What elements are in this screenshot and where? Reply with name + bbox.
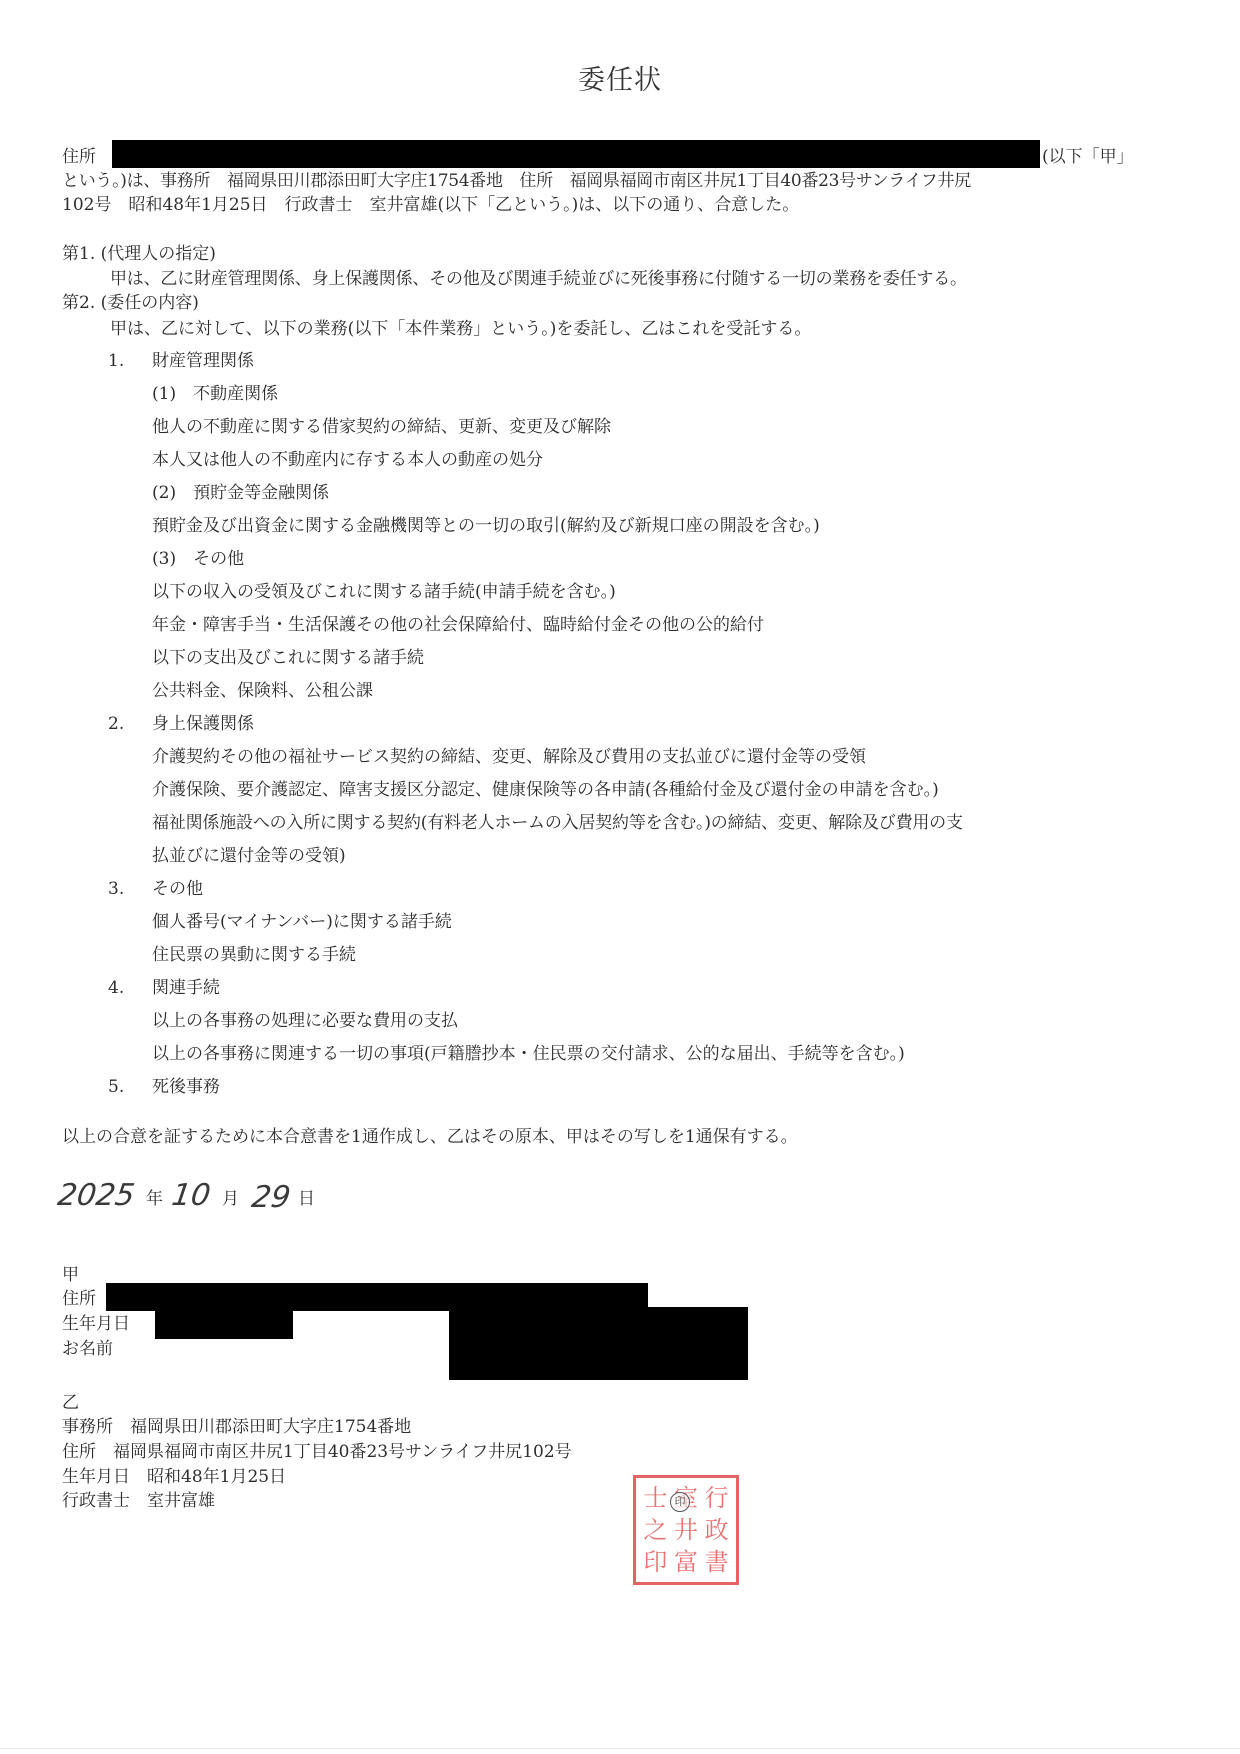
redacted-party-a-name xyxy=(449,1307,748,1380)
section-3-item: 個人番号(マイナンバー)に関する諸手続 xyxy=(152,911,452,933)
date-month: 10 xyxy=(170,1178,213,1213)
section-4-title: 関連手続 xyxy=(152,977,220,999)
party-a-label: 甲 xyxy=(62,1264,79,1286)
intro-line-2: という。)は、事務所 福岡県田川郡添田町大字庄1754番地 住所 福岡県福岡市南… xyxy=(62,170,971,192)
section-4-number: 4. xyxy=(108,977,124,999)
redacted-party-a-birthdate xyxy=(155,1311,293,1339)
closing-statement: 以上の合意を証するために本合意書を1通作成し、乙はその原本、甲はその写しを1通保… xyxy=(62,1126,798,1148)
section-3-number: 3. xyxy=(108,878,124,900)
seal-char: 井 xyxy=(671,1514,702,1546)
intro-suffix: (以下「甲」 xyxy=(1042,146,1134,168)
party-b-birthdate: 生年月日 昭和48年1月25日 xyxy=(62,1466,286,1488)
section-1-item: 以下の収入の受領及びこれに関する諸手続(申請手続を含む。) xyxy=(152,581,616,603)
section-1-item: 以下の支出及びこれに関する諸手続 xyxy=(152,647,424,669)
party-a-name-label: お名前 xyxy=(62,1338,113,1360)
intro-line-3: 102号 昭和48年1月25日 行政書士 室井富雄(以下「乙という。)は、以下の… xyxy=(62,194,799,216)
section-1-title: 財産管理関係 xyxy=(152,350,254,372)
seal-char: 士 xyxy=(640,1482,671,1514)
section-1-sub-1: (1) 不動産関係 xyxy=(152,383,278,405)
intro-address-label: 住所 xyxy=(62,146,96,168)
official-seal-stamp: 士 室 行 之 井 政 印 富 書 xyxy=(633,1475,739,1585)
section-3-item: 住民票の異動に関する手続 xyxy=(152,944,356,966)
section-1-item: 他人の不動産に関する借家契約の締結、更新、変更及び解除 xyxy=(152,416,611,438)
section-2-number: 2. xyxy=(108,713,124,735)
date-year: 2025 xyxy=(56,1178,137,1213)
scan-edge-line xyxy=(0,1748,1240,1749)
seal-char: 政 xyxy=(701,1514,732,1546)
section-4-item: 以上の各事務に関連する一切の事項(戸籍謄抄本・住民票の交付請求、公的な届出、手続… xyxy=(152,1043,905,1065)
article-2-heading: 第2. (委任の内容) xyxy=(62,292,199,314)
date-day-unit: 日 xyxy=(298,1188,315,1210)
party-a-address-label: 住所 xyxy=(62,1288,96,1310)
article-1-body: 甲は、乙に財産管理関係、身上保護関係、その他及び関連手続並びに死後事務に付随する… xyxy=(110,268,967,290)
redacted-party-a-address xyxy=(112,140,1040,168)
seal-char: 書 xyxy=(701,1546,732,1578)
section-3-title: その他 xyxy=(152,878,203,900)
party-b-label: 乙 xyxy=(62,1392,79,1414)
party-b-title-name: 行政書士 室井富雄 xyxy=(62,1490,215,1512)
section-2-title: 身上保護関係 xyxy=(152,713,254,735)
document-title: 委任状 xyxy=(0,58,1240,97)
article-2-body: 甲は、乙に対して、以下の業務(以下「本件業務」という。)を委託し、乙はこれを受託… xyxy=(110,318,811,340)
section-1-item: 預貯金及び出資金に関する金融機関等との一切の取引(解約及び新規口座の開設を含む。… xyxy=(152,515,820,537)
seal-char: 富 xyxy=(671,1546,702,1578)
article-1-heading: 第1. (代理人の指定) xyxy=(62,243,216,265)
party-a-birth-label: 生年月日 xyxy=(62,1313,130,1335)
section-5-number: 5. xyxy=(108,1076,124,1098)
seal-char: 印 xyxy=(640,1546,671,1578)
section-2-item: 介護保険、要介護認定、障害支援区分認定、健康保険等の各申請(各種給付金及び還付金… xyxy=(152,779,939,801)
section-1-item: 公共料金、保険料、公租公課 xyxy=(152,680,373,702)
section-1-item: 年金・障害手当・生活保護その他の社会保障給付、臨時給付金その他の公的給付 xyxy=(152,614,764,636)
section-1-sub-3: (3) その他 xyxy=(152,548,244,570)
date-month-unit: 月 xyxy=(222,1188,239,1210)
section-5-title: 死後事務 xyxy=(152,1076,220,1098)
section-1-number: 1. xyxy=(108,350,124,372)
seal-char: 之 xyxy=(640,1514,671,1546)
section-2-item: 福祉関係施設への入所に関する契約(有料老人ホームの入居契約等を含む。)の締結、変… xyxy=(152,812,963,834)
section-4-item: 以上の各事務の処理に必要な費用の支払 xyxy=(152,1010,458,1032)
section-2-item: 介護契約その他の福祉サービス契約の締結、変更、解除及び費用の支払並びに還付金等の… xyxy=(152,746,866,768)
section-2-item-continued: 払並びに還付金等の受領) xyxy=(152,845,346,867)
party-b-office: 事務所 福岡県田川郡添田町大字庄1754番地 xyxy=(62,1416,411,1438)
inkan-circle-mark: 印 xyxy=(670,1492,690,1512)
section-1-sub-2: (2) 預貯金等金融関係 xyxy=(152,482,329,504)
seal-char: 行 xyxy=(701,1482,732,1514)
date-day: 29 xyxy=(250,1180,293,1215)
section-1-item: 本人又は他人の不動産内に存する本人の動産の処分 xyxy=(152,449,543,471)
date-year-unit: 年 xyxy=(146,1188,163,1210)
party-b-address: 住所 福岡県福岡市南区井尻1丁目40番23号サンライフ井尻102号 xyxy=(62,1441,572,1463)
